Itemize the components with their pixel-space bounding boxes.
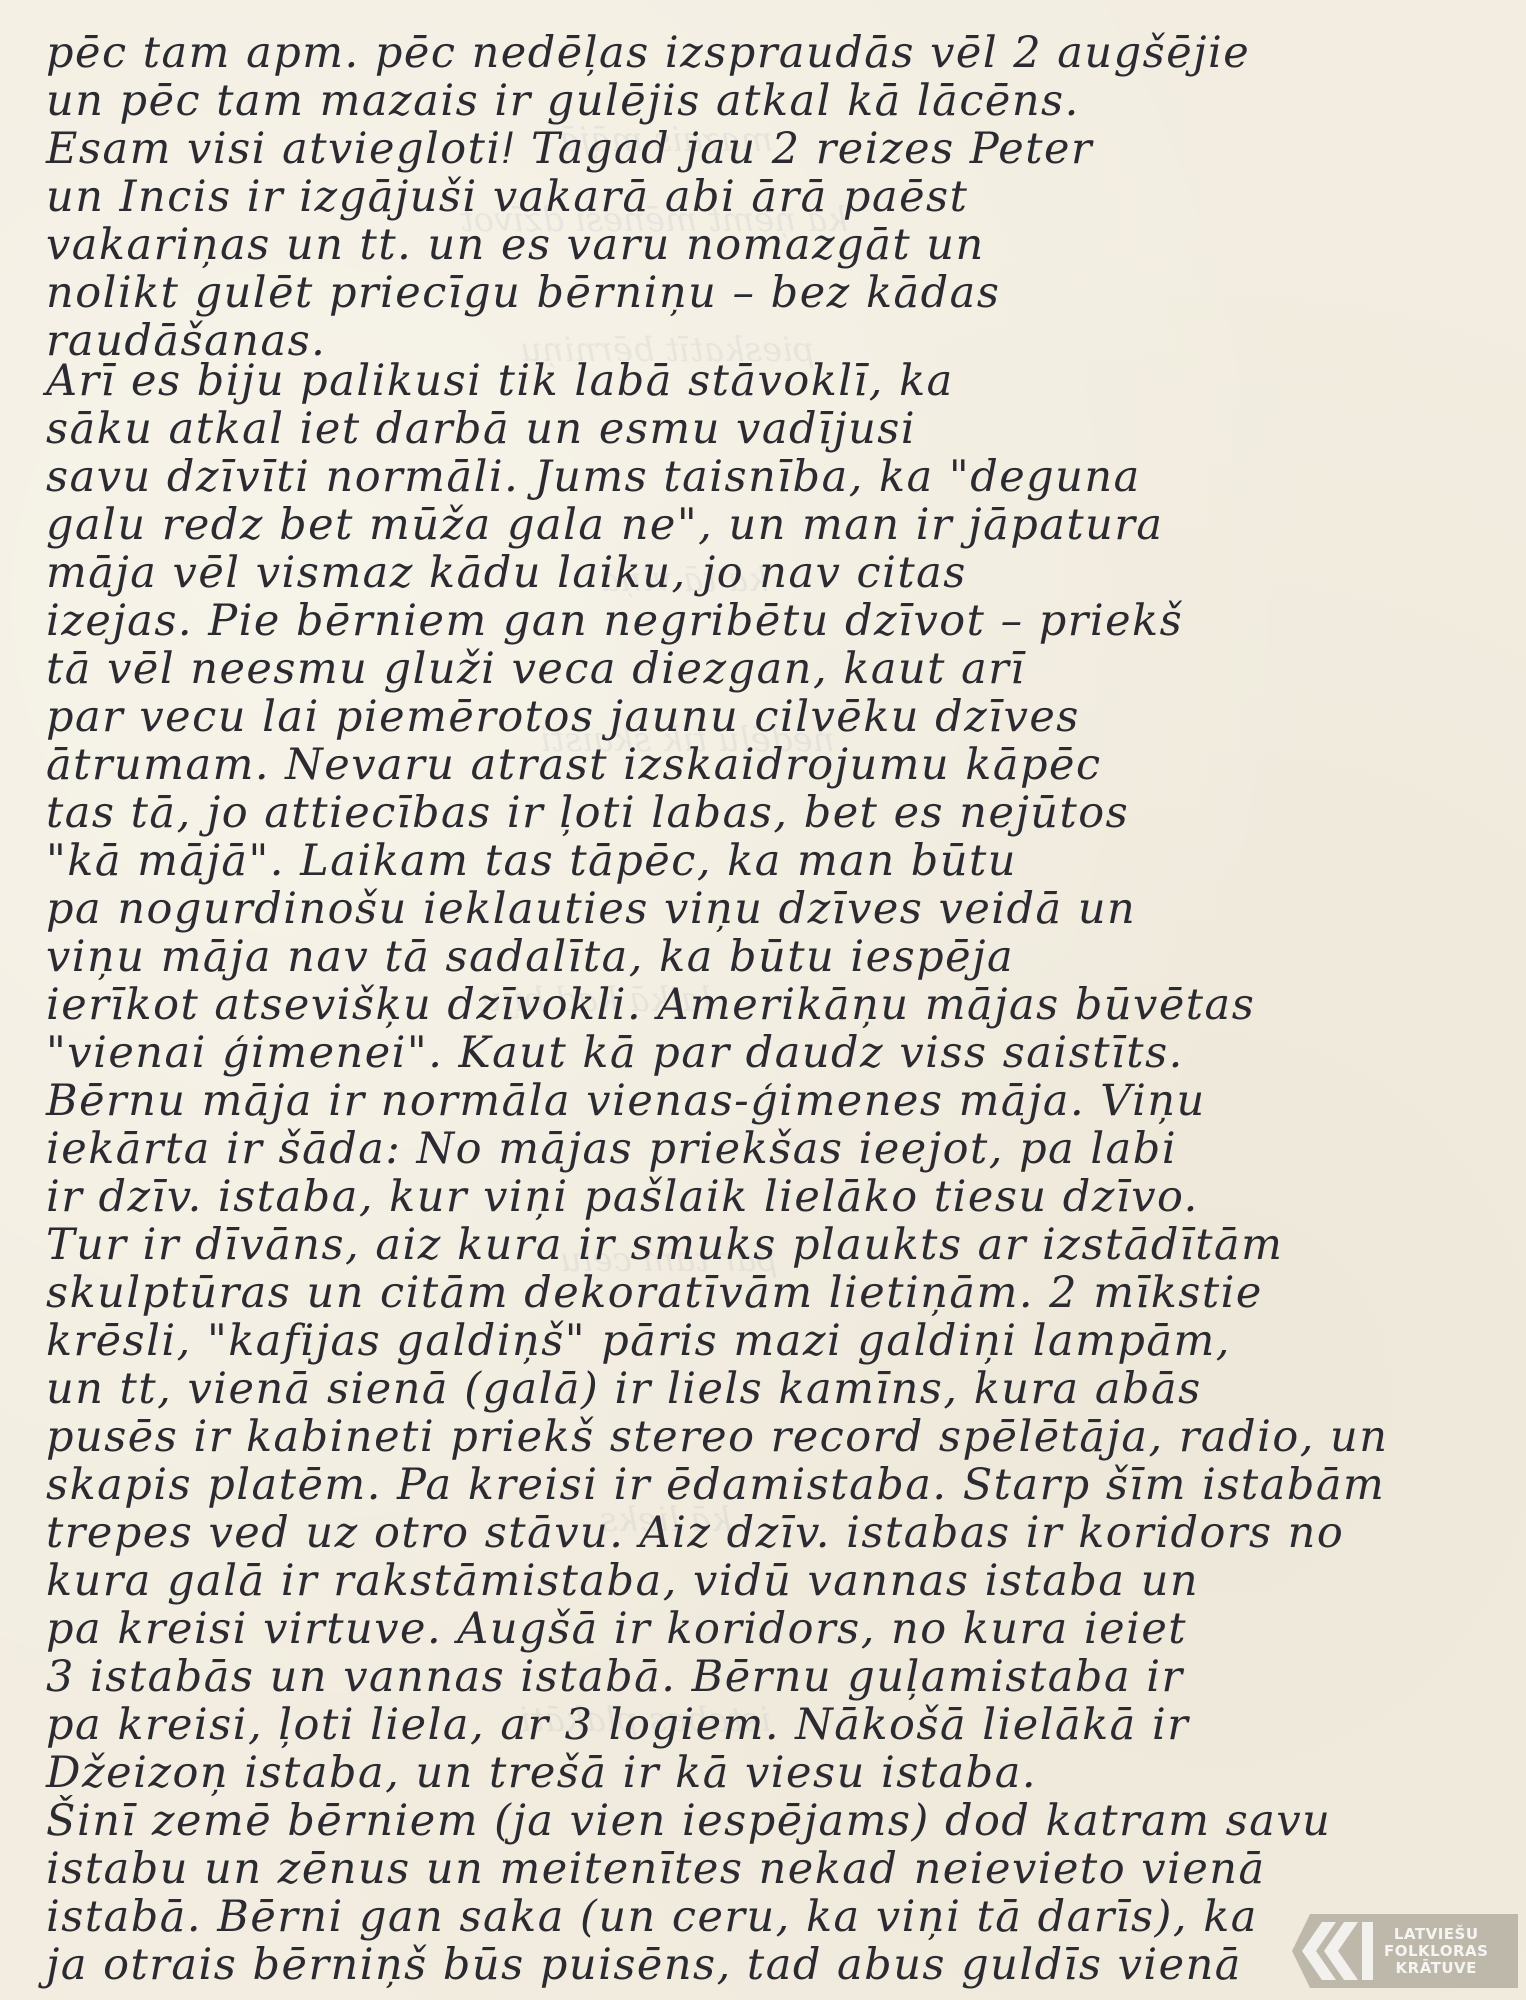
letter-line: un tt, vienā sienā (galā) ir liels kamīn… [46,1368,1202,1411]
letter-line: pēc tam apm. pēc nedēļas izspraudās vēl … [46,32,1250,75]
letter-line: par vecu lai piemērotos jaunu cilvēku dz… [46,696,1080,739]
letter-line: izejas. Pie bērniem gan negribētu dzīvot… [46,600,1183,643]
letter-line: vakariņas un tt. un es varu nomazgāt un [46,224,985,267]
letter-line: Džeizoņ istaba, un trešā ir kā viesu ist… [46,1752,1037,1795]
letter-line: skapis platēm. Pa kreisi ir ēdamistaba. … [46,1464,1385,1507]
letter-line: viņu māja nav tā sadalīta, ka būtu iespē… [46,936,1014,979]
letter-line: istabu un zēnus un meitenītes nekad neie… [46,1848,1266,1891]
letter-line: sāku atkal iet darbā un esmu vadījusi [46,408,916,451]
watermark-line: FOLKLORAS [1384,1943,1488,1960]
letter-line: pusēs ir kabineti priekš stereo record s… [46,1416,1388,1459]
watermark-text: LATVIEŠU FOLKLORAS KRĀTUVE [1384,1926,1488,1977]
letter-page: mazais mājā ka ņemt mēnesi dzīvot pieska… [0,0,1526,2000]
letter-line: "vienai ģimenei". Kaut kā par daudz viss… [46,1032,1184,1075]
letter-line: galu redz bet mūža gala ne", un man ir j… [46,504,1164,547]
letter-line: ātrumam. Nevaru atrast izskaidrojumu kāp… [46,744,1102,787]
letter-line: Šinī zemē bērniem (ja vien iespējams) do… [46,1800,1331,1843]
letter-line: Esam visi atvieglotiǃ Tagad jau 2 reizes… [46,128,1093,171]
letter-line: Bērnu māja ir normāla vienas-ģimenes māj… [46,1080,1206,1123]
letter-line: kura galā ir rakstāmistaba, vidū vannas … [46,1560,1199,1603]
letter-line: trepes ved uz otro stāvu. Aiz dzīv. ista… [46,1512,1344,1555]
lfk-logo-icon [1292,1914,1384,1988]
letter-line: Arī es biju palikusi tik labā stāvoklī, … [46,360,954,403]
letter-line: Tur ir dīvāns, aiz kura ir smuks plaukts… [46,1224,1283,1267]
letter-line: skulptūras un citām dekoratīvām lietiņām… [46,1272,1263,1315]
letter-line: ierīkot atsevišķu dzīvokli. Amerikāņu mā… [46,984,1255,1027]
letter-line: savu dzīvīti normāli. Jums taisnība, ka … [46,456,1141,499]
letter-line: ir dzīv. istaba, kur viņi pašlaik lielāk… [46,1176,1199,1219]
letter-line: tas tā, jo attiecības ir ļoti labas, bet… [46,792,1129,835]
archive-watermark-logo: LATVIEŠU FOLKLORAS KRĀTUVE [1292,1914,1518,1988]
letter-line: "kā mājā". Laikam tas tāpēc, ka man būtu [46,840,1017,883]
letter-line: pa kreisi virtuve. Augšā ir koridors, no… [46,1608,1187,1651]
watermark-line: KRĀTUVE [1384,1960,1488,1977]
letter-line: iekārta ir šāda: No mājas priekšas ieejo… [46,1128,1177,1171]
letter-line: un Incis ir izgājuši vakarā abi ārā paēs… [46,176,968,219]
letter-line: pa nogurdinošu ieklauties viņu dzīves ve… [46,888,1136,931]
letter-line: istabā. Bērni gan saka (un ceru, ka viņi… [46,1896,1258,1939]
letter-line: 3 istabās un vannas istabā. Bērnu guļami… [46,1656,1184,1699]
watermark-line: LATVIEŠU [1384,1926,1488,1943]
letter-line: un pēc tam mazais ir gulējis atkal kā lā… [46,80,1080,123]
letter-line: krēsli, "kafijas galdiņš" pāris mazi gal… [46,1320,1231,1363]
letter-line: tā vēl neesmu gluži veca diezgan, kaut a… [46,648,1026,691]
letter-line: pa kreisi, ļoti liela, ar 3 logiem. Nāko… [46,1704,1189,1747]
letter-line: māja vēl vismaz kādu laiku, jo nav citas [46,552,967,595]
letter-line: nolikt gulēt priecīgu bērniņu – bez kāda… [46,272,1000,315]
letter-line: ja otrais bērniņš būs puisēns, tad abus … [46,1944,1242,1987]
